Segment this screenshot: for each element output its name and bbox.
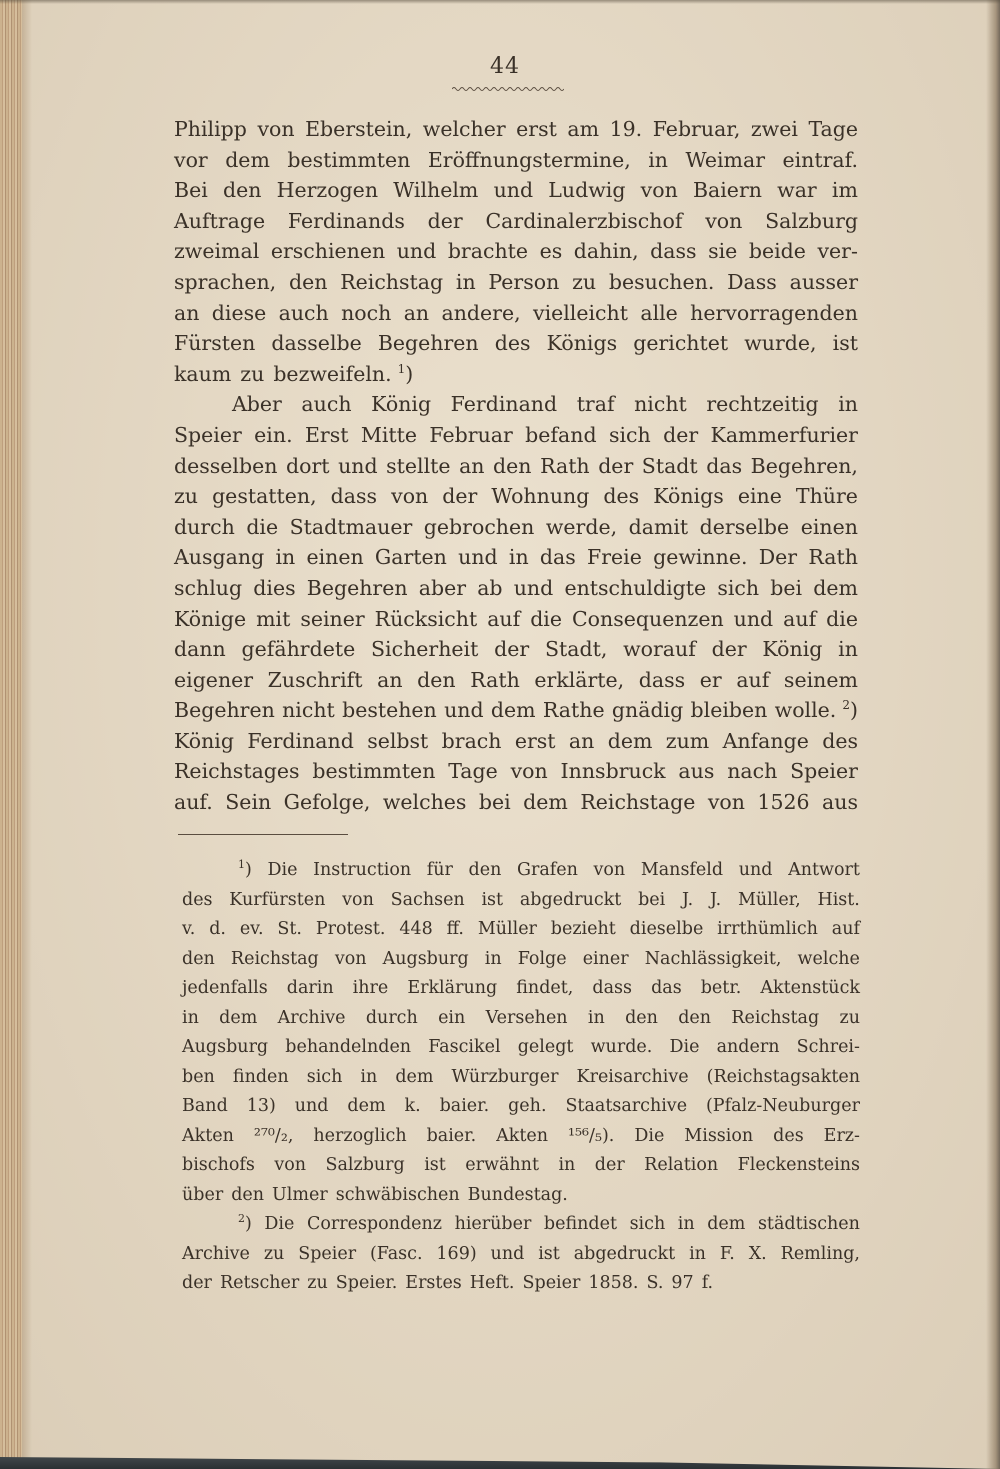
body-line: BegehrennichtbestehenunddemRathegnädigbl… (174, 695, 858, 726)
body-line: vordembestimmtenEröffnungstermine,inWeim… (174, 145, 858, 176)
footnote-marker: 2) (238, 1210, 252, 1240)
body-line: durchdieStadtmauergebrochenwerde,damitde… (174, 512, 858, 543)
wavy-rule-ornament (452, 86, 564, 92)
top-edge-shadow (0, 0, 1000, 4)
footnote-line: indemArchivedurcheinVersehenindendenReic… (182, 1004, 860, 1034)
footnote-line: AugsburgbehandelndenFascikelgelegtwurde.… (182, 1033, 860, 1063)
footnote-line: benfindensichindemWürzburgerKreisarchive… (182, 1063, 860, 1093)
footnote-line: überdenUlmerschwäbischenBundestag. (182, 1181, 860, 1211)
gutter-shadow (22, 0, 32, 1469)
page-stack-edge (0, 0, 22, 1469)
book-page: 44 PhilippvonEberstein,welchererstam19.F… (0, 0, 1000, 1469)
book-cover-edge (0, 1457, 1000, 1469)
body-line: KönigemitseinerRücksichtaufdieConsequenz… (174, 604, 858, 635)
page-number: 44 (470, 54, 540, 79)
footnote-line: desKurfürstenvonSachsenistabgedrucktbeiJ… (182, 886, 860, 916)
footnote-line: jedenfallsdarinihreErklärungfindet,dassd… (182, 974, 860, 1004)
body-line: andieseauchnochanandere,vielleichtallehe… (174, 298, 858, 329)
footnote-marker: 1) (238, 856, 252, 886)
body-line: kaumzubezweifeln.1) (174, 359, 858, 390)
right-edge-shadow (986, 0, 1000, 1469)
footnote-line: v.d.ev.St.Protest.448ff.Müllerbeziehtdie… (182, 915, 860, 945)
footnotes-block: 1)DieInstructionfürdenGrafenvonMansfeldu… (182, 856, 860, 1299)
body-line: danngefährdeteSicherheitderStadt,woraufd… (174, 634, 858, 665)
body-line: zugestatten,dassvonderWohnungdesKönigsei… (174, 481, 858, 512)
footnote-line: 1)DieInstructionfürdenGrafenvonMansfeldu… (182, 856, 860, 886)
body-line: auf.SeinGefolge,welchesbeidemReichstagev… (174, 787, 858, 818)
body-line: AuftrageFerdinandsderCardinalerzbischofv… (174, 206, 858, 237)
body-line: PhilippvonEberstein,welchererstam19.Febr… (174, 114, 858, 145)
footnote-line: ArchivezuSpeier(Fasc.169)undistabgedruck… (182, 1240, 860, 1270)
footnote-line: Akten²⁷⁰/₂,herzoglichbaier.Akten¹⁵⁶/₅).D… (182, 1122, 860, 1152)
main-text-block: PhilippvonEberstein,welchererstam19.Febr… (174, 114, 858, 818)
footnote-line: denReichstagvonAugsburginFolgeeinerNachl… (182, 945, 860, 975)
body-line: eigenerZuschriftandenRatherklärte,dasser… (174, 665, 858, 696)
body-line: AberauchKönigFerdinandtrafnichtrechtzeit… (174, 389, 858, 420)
body-line: schlugdiesBegehrenaberabundentschuldigte… (174, 573, 858, 604)
footnote-line: derRetscherzuSpeier.ErstesHeft.Speier185… (182, 1269, 860, 1299)
footnote-line: bischofsvonSalzburgisterwähntinderRelati… (182, 1151, 860, 1181)
body-line: Speierein.ErstMitteFebruarbefandsichderK… (174, 420, 858, 451)
body-line: zweimalerschienenundbrachteesdahin,dasss… (174, 236, 858, 267)
body-line: AusgangineinenGartenundindasFreiegewinne… (174, 542, 858, 573)
body-line: BeidenHerzogenWilhelmundLudwigvonBaiernw… (174, 175, 858, 206)
body-line: KönigFerdinandselbstbracherstandemzumAnf… (174, 726, 858, 757)
footnote-separator (178, 834, 348, 835)
body-line: FürstendasselbeBegehrendesKönigsgerichte… (174, 328, 858, 359)
footnote-line: Band13)unddemk.baier.geh.Staatsarchive(P… (182, 1092, 860, 1122)
body-line: ReichstagesbestimmtenTagevonInnsbruckaus… (174, 756, 858, 787)
footnote-reference: 1) (398, 362, 414, 386)
footnote-line: 2)DieCorrespondenzhierüberbefindetsichin… (182, 1210, 860, 1240)
footnote-reference: 2) (842, 698, 858, 722)
body-line: sprachen,denReichstaginPersonzubesuchen.… (174, 267, 858, 298)
body-line: desselbendortundstellteandenRathderStadt… (174, 451, 858, 482)
